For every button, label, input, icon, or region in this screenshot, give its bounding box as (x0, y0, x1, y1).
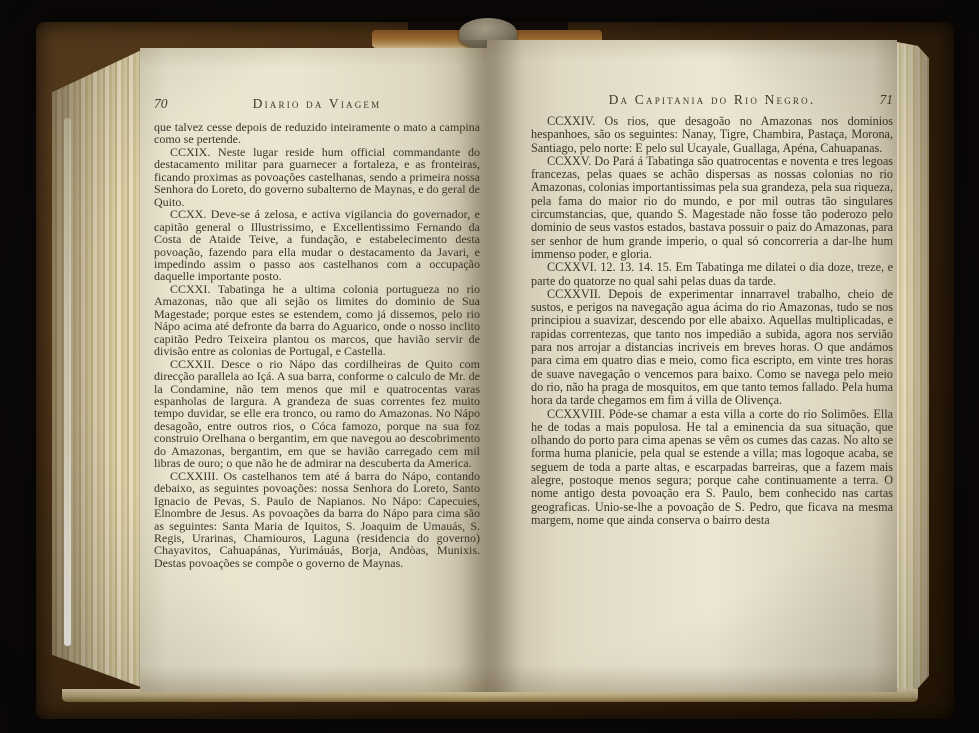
left-page: 70 Diario da Viagem que talvez cesse dep… (140, 48, 487, 692)
left-running-title: Diario da Viagem (194, 96, 440, 112)
page-paragraph: que talvez cesse depois de reduzido inte… (154, 121, 480, 146)
page-paragraph: CCXXV. Do Pará á Tabatinga são quatrocen… (531, 155, 893, 261)
page-edge-highlight (64, 118, 71, 646)
right-running-title: Da Capitania do Rio Negro. (571, 92, 853, 108)
page-stack-edge-right (897, 42, 929, 692)
page-paragraph: CCXXI. Tabatinga he a ultima colonia por… (154, 283, 480, 358)
right-page: Da Capitania do Rio Negro. 71 CCXXIV. Os… (487, 40, 897, 692)
right-page-number: 71 (853, 92, 893, 108)
right-running-header: Da Capitania do Rio Negro. 71 (531, 92, 893, 108)
page-paragraph: CCXXIV. Os rios, que desagoão no Amazona… (531, 115, 893, 155)
page-paragraph: CCXXVII. Depois de experimentar innarrav… (531, 288, 893, 408)
scanned-book-photo: 70 Diario da Viagem que talvez cesse dep… (0, 0, 979, 733)
left-page-content: 70 Diario da Viagem que talvez cesse dep… (154, 96, 480, 569)
page-paragraph: CCXXVIII. Póde-se chamar a esta villa a … (531, 408, 893, 528)
left-page-body: que talvez cesse depois de reduzido inte… (154, 121, 480, 569)
right-page-body: CCXXIV. Os rios, que desagoão no Amazona… (531, 115, 893, 527)
page-paragraph: CCXXII. Desce o rio Nápo das cordilheira… (154, 358, 480, 470)
left-page-number: 70 (154, 96, 194, 112)
page-paragraph: CCXIX. Neste lugar reside hum official c… (154, 146, 480, 208)
page-paragraph: CCXX. Deve-se á zelosa, e activa vigilan… (154, 208, 480, 283)
left-running-header: 70 Diario da Viagem (154, 96, 480, 112)
right-page-content: Da Capitania do Rio Negro. 71 CCXXIV. Os… (531, 92, 893, 527)
page-paragraph: CCXXIII. Os castelhanos tem até á barra … (154, 470, 480, 570)
page-paragraph: CCXXVI. 12. 13. 14. 15. Em Tabatinga me … (531, 261, 893, 288)
